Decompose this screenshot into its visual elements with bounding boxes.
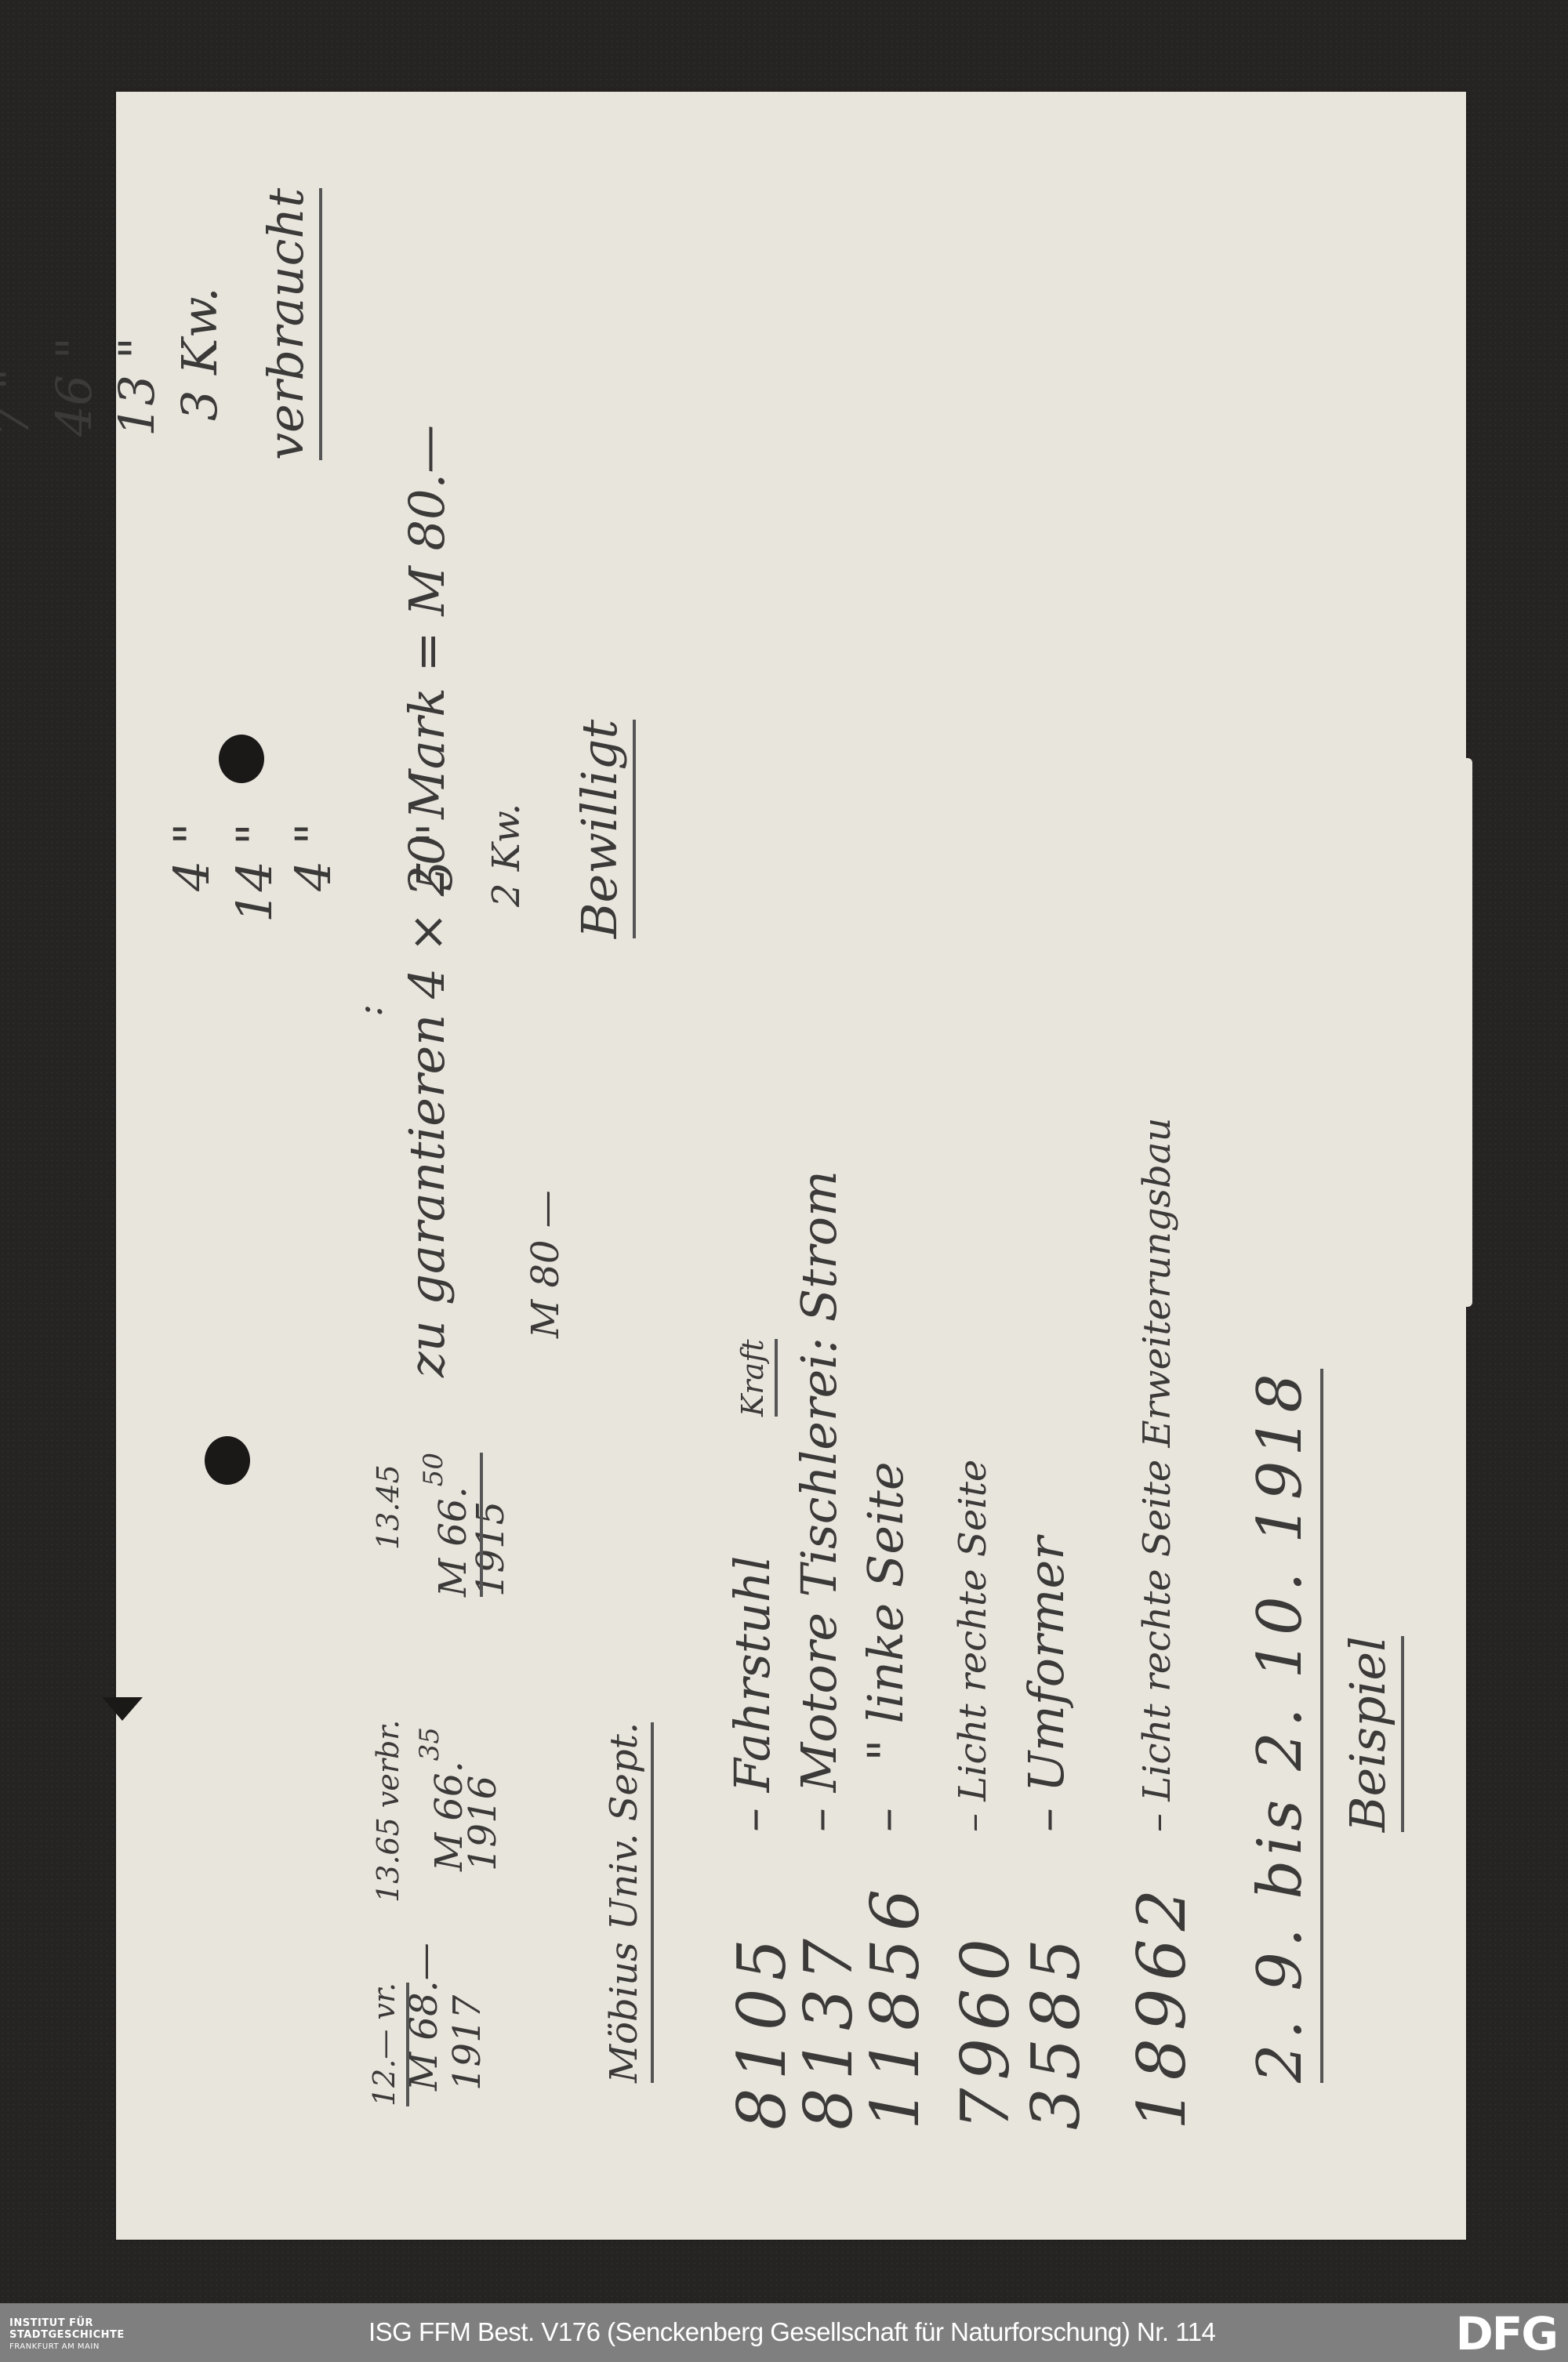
row-desc: – " linke Seite [857,1461,914,1832]
row-id: 8137 [790,1931,867,2130]
header-consumed: verbraucht [257,188,322,460]
row-desc-note: Kraft [735,1339,778,1417]
row-approved: 2 Kw. [485,804,528,907]
year-1917: 1917 [445,1995,489,2091]
institute-line3: FRANKFURT AM MAIN [9,2341,125,2353]
row-approved: 14 " [226,823,283,923]
row-desc: – Fahrstuhl [724,1556,781,1832]
row-consumed: 46 " [45,337,103,437]
row-consumed: 3 Kw. [171,287,228,421]
guarantee-note: zu garantieren 4 × 20 Mark = M 80.— [398,425,456,1377]
amount-1916: M 66.35 [414,1727,471,1871]
row-approved: : [347,1004,391,1017]
dfg-logo: DFG [1456,2311,1557,2357]
row-approved: 4 " [285,822,342,891]
row-desc: – Motore Tischlerei: Strom [790,1170,848,1832]
period-heading: 2. 9. bis 2. 10. 1918 [1245,1369,1323,2083]
diff-1915: 13.45 [371,1464,405,1550]
archive-signature: ISG FFM Best. V176 (Senckenberg Gesellsc… [368,2317,1215,2347]
row-id: 3585 [1018,1931,1094,2130]
row-consumed: 13 " [108,337,165,437]
row-id: 8105 [724,1931,800,2130]
row-desc: – Umformer [1018,1537,1075,1832]
row-desc: – Licht rechte Seite [951,1460,995,1832]
diff-1916: 13.65 verbr. [371,1720,405,1903]
handwritten-content: Beispiel 2. 9. bis 2. 10. 1918 Bewilligt… [116,92,1466,2240]
note-m80: M 80 — [524,1190,568,1338]
archive-footer: INSTITUT FÜR STADTGESCHICHTE FRANKFURT A… [0,2303,1568,2362]
institute-line2: STADTGESCHICHTE [9,2329,125,2341]
row-id: 7960 [947,1931,1024,2130]
header-approved: Bewilligt [571,720,636,938]
heading-beispiel: Beispiel [1339,1636,1404,1832]
amount-1915: M 66.50 [418,1453,483,1597]
row-desc: – Licht rechte Seite Erweiterungsbau [1135,1118,1179,1832]
row-consumed: 7 " [0,368,40,437]
diff-1917: 12.— vr. [367,1983,409,2106]
institute-logo: INSTITUT FÜR STADTGESCHICHTE FRANKFURT A… [9,2317,125,2353]
note-mobius: Möbius Univ. Sept. [602,1722,646,2083]
institute-line1: INSTITUT FÜR [9,2317,125,2329]
row-id: 11856 [857,1881,934,2130]
row-approved: 4 " [163,822,220,891]
row-id: 18962 [1123,1881,1200,2130]
